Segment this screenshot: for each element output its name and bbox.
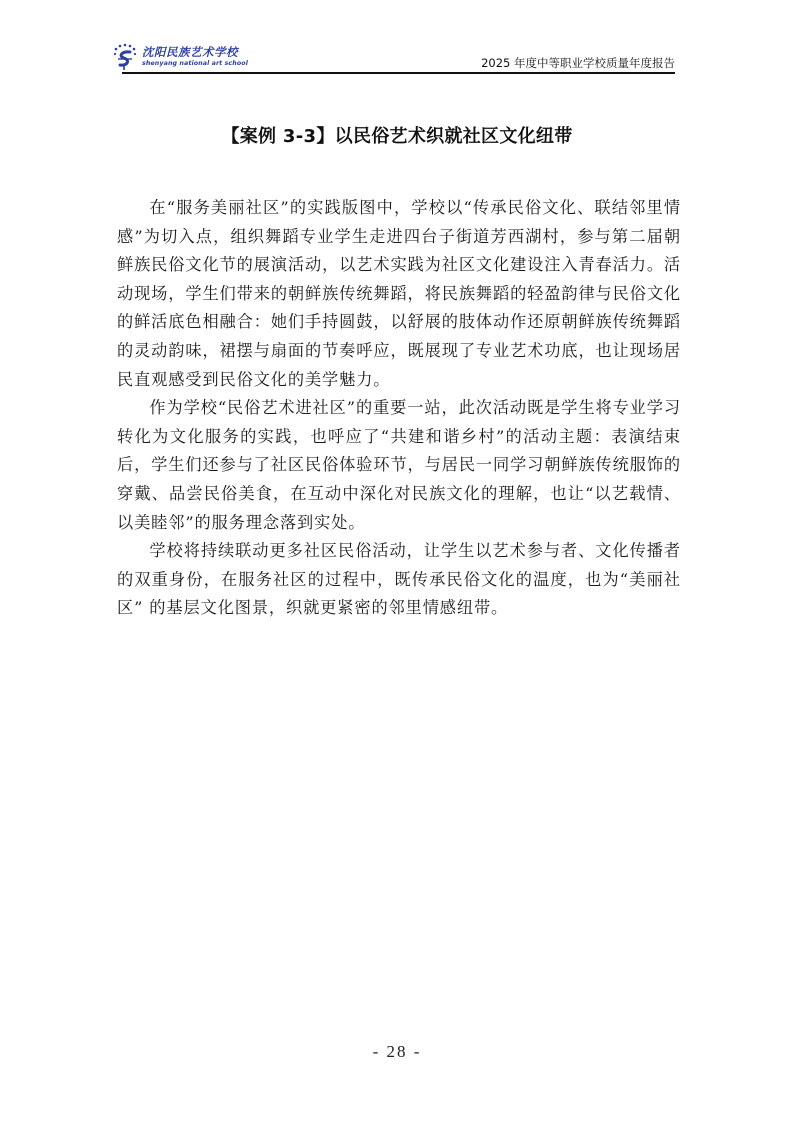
paragraph: 在“服务美丽社区”的实践版图中，学校以“传承民俗文化、联结邻里情感”为切入点，组… (117, 194, 681, 394)
case-title: 【案例 3-3】以民俗艺术织就社区文化纽带 (0, 122, 794, 148)
header-divider (122, 72, 675, 74)
school-name-en: shenyang national art school (142, 61, 248, 67)
school-logo: 沈阳民族艺术学校 shenyang national art school (112, 42, 248, 72)
school-name-cn: 沈阳民族艺术学校 (142, 47, 248, 59)
case-body: 在“服务美丽社区”的实践版图中，学校以“传承民俗文化、联结邻里情感”为切入点，组… (117, 194, 681, 623)
page-header: 沈阳民族艺术学校 shenyang national art school 20… (112, 40, 675, 74)
report-title: 2025 年度中等职业学校质量年度报告 (481, 55, 675, 71)
paragraph: 学校将持续联动更多社区民俗活动，让学生以艺术参与者、文化传播者的双重身份，在服务… (117, 537, 681, 623)
paragraph: 作为学校“民俗艺术进社区”的重要一站，此次活动既是学生将专业学习转化为文化服务的… (117, 394, 681, 537)
school-emblem-icon (112, 43, 138, 71)
page-number: - 28 - (0, 1042, 794, 1062)
